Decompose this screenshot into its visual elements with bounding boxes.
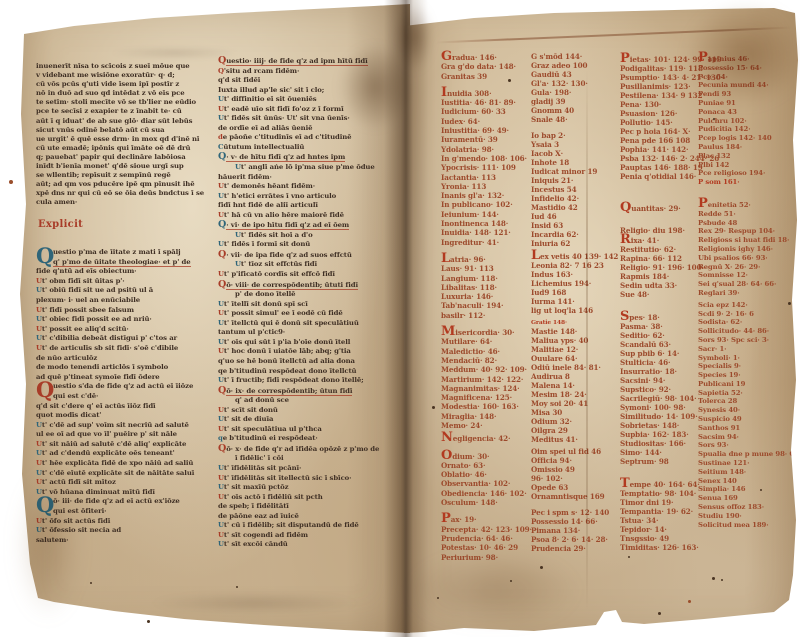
entry-text: Religionis ighy 146· <box>698 245 773 253</box>
index-column-c: Pietas· 101· 124· 99· 119Podigalitas· 11… <box>620 54 700 552</box>
index-entry: Indus 163· <box>531 270 621 279</box>
entry-text: Gl'a· 132· 130· <box>531 79 588 88</box>
entry-text: Iud9 168 <box>531 288 566 297</box>
entry-text: Rapmis 184· <box>620 272 669 281</box>
entry-text: Simo· 144· <box>620 448 662 457</box>
index-entry: Religio· diu 198· <box>620 226 700 235</box>
index-entry: Sors 93· <box>698 441 796 450</box>
index-entry <box>531 501 621 508</box>
entry-text: Opede 63 <box>531 483 568 492</box>
index-entry: Pcep logis 142· 140 <box>698 134 796 143</box>
entry-text: Seitium 148· <box>698 468 746 476</box>
index-entry: Magnificena· 125· <box>441 393 533 402</box>
paraph-initial: Q <box>218 219 226 230</box>
index-entry: Psoa 8· 2· 6· 14· 28· <box>531 535 621 544</box>
manuscript-line: tantum ul p'ctic9· <box>218 328 414 338</box>
entry-text: Ouulare 64· <box>531 354 577 363</box>
entry-text: Negligencia· 42· <box>441 434 510 443</box>
manuscript-line: Ut' fidēs sit ūnūs· Ut' sit vna ūenīs· <box>218 114 414 124</box>
entry-text: Supbia· 162· 183· <box>620 430 689 439</box>
index-entry: Langium· 118· <box>441 274 533 283</box>
manuscript-line: Ut' anglī ańe lō ip'ma siue p'me ōdue <box>218 163 414 173</box>
entry-text: Tolerca 28 <box>698 397 737 405</box>
questions-column-2: Questio· iiij· de fide q'z ad ipm hītū f… <box>218 56 414 550</box>
entry-text: Seditio· 62· <box>620 331 665 340</box>
index-entry: 96· 102· <box>531 474 621 483</box>
line-text: t' hoc donū ī uiatōe lāb; abq; g'tia <box>224 347 351 355</box>
index-entry: Possessio 15· 64· <box>698 64 796 73</box>
index-entry: Pusillanimis· 123· <box>620 82 700 91</box>
line-text: tantum ul p'ctic9· <box>218 328 285 336</box>
index-entry: Potestas· 10· 46· 29 <box>441 543 533 552</box>
manuscript-line: Questio s'da de fide q'z ad actū eī īiōz… <box>36 382 220 392</box>
entry-text: Oim spei ul fid 46 <box>531 447 601 456</box>
index-entry: Religio· 91· 196· 100· <box>620 263 700 272</box>
entry-text: Psuasion· 126· <box>620 109 677 118</box>
line-text: t' eadē uīo sit fidī fo'oz z ī formī <box>224 105 344 113</box>
index-entry: Pce· 64· <box>698 73 796 82</box>
entry-text: Publicani 19 <box>698 380 745 388</box>
entry-text: Redde 51· <box>698 210 736 218</box>
index-entry: Pauptas 146· 188· 19 <box>620 163 700 172</box>
line-text: t' hā cū vn alio hēre maiorē fidē <box>224 211 344 219</box>
entry-text: Penitetia 52· <box>698 201 751 209</box>
index-entry: Gratie 148· <box>531 318 621 327</box>
entry-text: Osculum· 148· <box>441 498 498 507</box>
line-text: ō· x· de fide q'r ad īfidēa opōzē z p'mo… <box>226 445 379 453</box>
entry-text: Senua 169 <box>698 494 738 502</box>
index-column-a: Gradua· 146·Gra g'do data· 148·Granitas … <box>441 52 533 562</box>
entry-text: Prudencia 29· <box>531 544 586 553</box>
left-page: inuenerīt nīsa to scīcois z sueī mōue qu… <box>14 4 410 634</box>
index-entry: P som 161· <box>698 178 796 187</box>
manuscript-line: Questio· iiij· de fide q'z ad ipm hītū f… <box>218 56 414 67</box>
index-entry: Gl'a· 132· 130· <box>531 79 621 88</box>
right-page: Gradua· 146·Gra g'do data· 148·Granitas … <box>404 0 800 637</box>
index-entry: Graz adeo 100 <box>531 61 621 70</box>
index-entry: Pimana 134· <box>531 526 621 535</box>
index-entry: Inuidia 308· <box>441 88 533 98</box>
entry-text: Audirua 8 <box>531 372 570 381</box>
line-text: q' ad donū sce <box>235 396 289 404</box>
index-entry: Ouulare 64· <box>531 354 621 363</box>
entry-text: Gaudiū 43 <box>531 70 572 79</box>
entry-text: Possessio 15· 64· <box>698 64 762 72</box>
entry-text: Oblatio· 46· <box>441 470 487 479</box>
paraph-initial: Q <box>218 279 226 290</box>
entry-text: Laus· 91· 113 <box>441 264 494 273</box>
entry-text: Inuidia· 148· 121· <box>441 228 511 237</box>
index-entry: Moy soi 20· 41 <box>531 399 621 408</box>
entry-text: Graz adeo 100 <box>531 61 587 70</box>
index-entry: basilr· 112· <box>441 311 533 320</box>
wormhole <box>9 180 13 184</box>
line-text: t' ītellī sit donū spī scī <box>224 300 308 308</box>
entry-text: Sustinae 121· <box>698 459 749 467</box>
line-text: salutem· <box>36 536 68 544</box>
entry-text: Magnificena· 125· <box>441 393 512 402</box>
index-entry: Incestus 54 <box>531 185 621 194</box>
entry-text: Ingreditur· 41· <box>441 238 499 247</box>
index-entry: Pax· 19· <box>441 514 533 524</box>
entry-text: Sacsini· 94· <box>620 376 665 385</box>
manuscript-line: v videbant me wisiōne exoratūr· q· d; <box>36 71 220 80</box>
line-text: uestio· iiij· de fide q'z ad ipm hītū fi… <box>226 57 367 66</box>
manuscript-line: qe b'titudinū respōdeat dono ītellctū <box>218 367 414 377</box>
entry-text: Granitas 39 <box>441 72 487 81</box>
line-text: t' sit nāiū ad salutē c'dē aliq' explicā… <box>42 440 186 448</box>
line-text: qe b'titudinū respōdeat dono ītellctū <box>218 367 356 375</box>
entry-text: Similitudo· 14· 109· <box>620 412 698 421</box>
line-text: · v· de hītu fidī q'z ad hntes ipm <box>226 153 345 162</box>
wormhole <box>147 620 150 623</box>
entry-text: P som 161· <box>698 178 740 186</box>
entry-text: Miraglia· 148· <box>441 412 496 421</box>
index-entry: lig ut loq'la 146 <box>531 306 621 315</box>
index-entry: Pietas· 101· 124· 99· 119 <box>620 54 700 64</box>
entry-text: Periurium· 98· <box>441 553 498 562</box>
line-text: t' c'dē ad sup' voīm sit necriū ad salut… <box>42 421 189 429</box>
manuscript-line: Ut' tīoz sit effctūs fidī <box>218 260 414 270</box>
entry-text: Inanis gl'a· 132· <box>441 191 504 200</box>
index-entry: Gula· 198· <box>531 88 621 97</box>
index-entry: Scdi 9· 2· 16· 6 <box>698 310 796 319</box>
entry-text: Rex 29· Respup 104· <box>698 227 775 235</box>
entry-text: Scandalū 63· <box>620 340 671 349</box>
index-entry: Regnū X· 26· 29· <box>698 263 796 272</box>
line-text: t' fidēs sit ūnūs· Ut' sit vna ūenīs· <box>224 114 350 122</box>
line-text: t' sit de diuīa <box>224 415 273 423</box>
index-entry: In publicano· 102· <box>441 200 533 209</box>
entry-text: Maledictio· 46· <box>441 347 500 356</box>
index-entry: Memo· 24· <box>441 421 533 430</box>
entry-text: Ydolatria· 98· <box>441 145 494 154</box>
entry-text: lig ut loq'la 146 <box>531 306 593 315</box>
index-entry: Synesis 40· <box>698 406 796 415</box>
line-text: t' diffinitio eī sit ōueniēs <box>224 95 317 103</box>
index-entry: Simo· 144· <box>620 448 700 457</box>
index-entry: Sacrilegiū· 98· 104· <box>620 394 700 403</box>
index-entry: Sedin udta 33· <box>620 281 700 290</box>
index-entry: Inuidia· 148· 121· <box>441 228 533 237</box>
index-entry: Sollicitudo· 44· 86· <box>698 327 796 336</box>
index-entry <box>620 299 700 312</box>
manuscript-line: Ut' de articulīs sb sit fidī· s'oē c'dīb… <box>36 344 220 354</box>
index-entry: Publicani 19 <box>698 380 796 389</box>
index-entry: Pulchru 102· <box>698 117 796 126</box>
index-entry: Maliua yps· 40 <box>531 336 621 345</box>
manuscript-line: Ut' ōfo sit actūs fidī <box>36 517 220 527</box>
index-entry: Pena· 130· <box>620 100 700 109</box>
entry-text: Libalitas· 118· <box>441 283 497 292</box>
manuscript-line: Ut' hēe explicāta fidē de xpo nāiū ad sa… <box>36 459 220 469</box>
line-text: t' īfidēlitās sit pcānī· <box>224 464 301 472</box>
entry-text: Leonia 82· 7 16 23 <box>531 261 604 270</box>
index-entry: Ysaia 3 <box>531 140 621 149</box>
entry-text: Spualia dne p mune 98· Gi <box>698 450 798 458</box>
entry-text: Puniae 91 <box>698 99 736 107</box>
line-text: t' īfidēlitās sit ītellectū sic ī sbīco· <box>224 474 352 482</box>
entry-text: Pasma· 38· <box>620 322 663 331</box>
manuscript-line: Ut' fidēs sit hoī a d'o <box>218 231 414 241</box>
line-text: aūt; ad qm vos pducēre ipē qm pīnusit ih… <box>36 180 194 188</box>
line-text: sicut vnūs odinē belatō aūt cū sua <box>36 126 165 134</box>
index-entry: Gradua· 146· <box>441 52 533 62</box>
manuscript-line: fidī hnt fidē de aliī articulī <box>218 201 414 211</box>
index-entry: Iniustitia· 69· 49· <box>441 126 533 135</box>
line-text: q' p'mo de ūitate theologiae· et p' de <box>53 258 191 267</box>
line-text: t' ōfessio sit necia ad <box>42 526 121 534</box>
index-entry: Lex vetis 40 139· 142 <box>531 251 621 261</box>
index-entry: Iudicat minor 19 <box>531 167 621 176</box>
index-entry: Obediencia· 146· 102· <box>441 489 533 498</box>
line-text: ō· ix· de correspōdentib; ūtun fidī <box>226 387 352 396</box>
line-text: ī fidēlic' ī cōi <box>235 454 284 462</box>
manuscript-line: fide q'ntū ad eīs obiectum· <box>36 267 220 277</box>
index-entry: Timor dni 19· <box>620 498 700 507</box>
index-entry: Symboli· 1· <box>698 354 796 363</box>
entry-text: Supstico· 92· <box>620 385 671 394</box>
manuscript-line: Q· v· de hītu fidī q'z ad hntes ipm <box>218 152 414 163</box>
index-entry: Rex 29· Respup 104· <box>698 227 796 236</box>
entry-text: Oilgra 29 <box>531 426 568 435</box>
manuscript-line: Ut' sit de diuīa <box>218 415 414 425</box>
line-text: ue urgit' ē quē esse drm· in mox qd d'in… <box>36 135 199 143</box>
manuscript-line: Ut' vō hūana diminuat mītū fidī <box>36 488 220 498</box>
index-entry: Tab'naculi· 194· <box>441 301 533 310</box>
index-entry: Sors 93· Spc sci· 3· <box>698 336 796 345</box>
index-entry: Tempe 40· 164· 64· <box>620 479 700 489</box>
entry-text: Iudicat minor 19 <box>531 167 597 176</box>
index-column-b: G s'mōd 144·Graz adeo 100Gaudiū 43Gl'a· … <box>531 52 621 553</box>
index-entry: Martirium· 142· 122· <box>441 375 533 384</box>
line-text: t' anglī ańe lō ip'ma siue p'me ōdue <box>241 163 375 171</box>
line-text: qui est ōfiteri· <box>53 507 106 515</box>
index-entry: Leonia 82· 7 16 23 <box>531 261 621 270</box>
entry-text: Pec i spm s· 12· 140 <box>531 508 609 517</box>
line-text: t' de articulīs sb sit fidī· s'oē c'dībi… <box>42 344 178 352</box>
index-entry: Laus· 91· 113 <box>441 264 533 273</box>
entry-text: Symboli· 1· <box>698 354 740 362</box>
entry-text: Temptatio· 98· 104· <box>620 489 696 498</box>
index-entry: Modestia· 160· 163· <box>441 402 533 411</box>
manuscript-line: de pāōne eaz ad īuicē <box>218 512 414 522</box>
entry-text: Synesis 40· <box>698 406 740 414</box>
index-entry: Malitiae 12· <box>531 345 621 354</box>
entry-text: Mastidio 42 <box>531 203 578 212</box>
index-entry: Gra g'do data· 148· <box>441 62 533 71</box>
manuscript-line: Ut' sit speculātiua ul p'thca <box>218 425 414 435</box>
index-entry: Penitetia 52· <box>698 200 796 210</box>
index-entry: Ornamntisque 169 <box>531 492 621 501</box>
entry-text: Sacr· 1· <box>698 345 726 353</box>
entry-text: Paulus 184· <box>698 143 742 151</box>
index-entry: Mutilare· 64· <box>441 337 533 346</box>
entry-text: Pudicitia 142· <box>698 125 751 133</box>
index-entry: Negligencia· 42· <box>441 433 533 443</box>
index-entry: Meddum· 40· 92· 109· <box>441 365 533 374</box>
manuscript-line: Ut' cū ī fidēlib; sit disputandū de fidē <box>218 521 414 531</box>
entry-text: Sors 93· <box>698 441 729 449</box>
entry-text: basilr· 112· <box>441 311 485 320</box>
entry-text: Obediencia· 146· 102· <box>441 489 527 498</box>
manuscript-line: Ut' p'ificatō cordīs sit effcō fidī <box>218 270 414 280</box>
line-text: cula amen· <box>36 198 77 206</box>
entry-text: Sobrietas· 148· <box>620 421 679 430</box>
entry-text: Studiositas· 166· <box>620 439 686 448</box>
entry-text: Iniustitia· 69· 49· <box>441 126 509 135</box>
questions-column-1: Questio p'ma de īitate z mati ī spāljq' … <box>36 248 220 545</box>
entry-text: Papinius 46· <box>698 55 749 63</box>
index-entry: Pendi 93 <box>698 90 796 99</box>
entry-text: Somnisse 12· <box>698 271 748 279</box>
manuscript-line: Ut' sit nāiū ad salutē c'dē aliq' explic… <box>36 440 220 450</box>
index-entry: Insurratio· 18· <box>620 367 700 376</box>
paraph-initial: Q <box>218 443 226 454</box>
index-entry: Solicitud mea 189· <box>698 521 796 530</box>
line-text: cū ute emadē; ipōnis qui īmāte oē dē drū <box>36 144 190 152</box>
index-entry: Tempantia· 19· 62· <box>620 507 700 516</box>
entry-text: Solicitud mea 189· <box>698 521 769 529</box>
entry-text: Gnomm 40 <box>531 106 574 115</box>
entry-text: Pauptas 146· 188· 19 <box>620 163 703 172</box>
index-entry: Gaudiū 43 <box>531 70 621 79</box>
manuscript-line: Ut' īfidēlitās sit ītellectū sic ī sbīco… <box>218 474 414 484</box>
entry-text: Inuidia 308· <box>441 89 492 98</box>
line-text: t' h'etici errātes ī vno articulo <box>224 192 336 200</box>
index-entry <box>620 213 700 226</box>
entry-text: Prudencia· 64· 46· <box>441 534 513 543</box>
entry-text: Langium· 118· <box>441 274 498 283</box>
manuscript-line: p' de dono ītellē <box>218 290 414 300</box>
manuscript-line: aūt; ad qm vos pducēre ipē qm pīnusit ih… <box>36 180 220 189</box>
entry-text: Specialis 9· <box>698 362 741 370</box>
index-entry: Symoni· 100· 98· <box>620 403 700 412</box>
index-entry: G s'mōd 144· <box>531 52 621 61</box>
index-entry: Temptatio· 98· 104· <box>620 489 700 498</box>
index-entry: Scia epz 142· <box>698 301 796 310</box>
index-entry: Ingreditur· 41· <box>441 238 533 247</box>
entry-text: Timiditas· 126· 163· <box>620 543 699 552</box>
manuscript-line: ī fidēlic' ī cōi <box>218 454 414 464</box>
line-text: t' demonēs hēant fidēm· <box>224 182 315 190</box>
entry-text: Latria· 96· <box>441 255 486 264</box>
index-entry <box>441 247 533 254</box>
manuscript-line: nō in duō ad suo qd intēdat z vō eīs pce <box>36 89 220 98</box>
entry-text: Insurratio· 18· <box>620 367 677 376</box>
entry-text: Podigalitas· 119· 118 <box>620 64 703 73</box>
index-entry: Misericordia· 30· <box>441 327 533 337</box>
manuscript-line: Ut' oīs qui sūt ī p'ia b'oīe donū ītell <box>218 338 414 348</box>
index-entry: Spes· 18· <box>620 312 700 322</box>
paraph-initial: Q <box>218 385 226 396</box>
entry-text: G s'mōd 144· <box>531 52 582 61</box>
index-entry: Maledictio· 46· <box>441 347 533 356</box>
line-text: t' p'ificatō cordīs sit effcō fidī <box>224 270 335 278</box>
line-text: de modo tenendi articlōs ī symbolo <box>36 363 168 371</box>
index-entry: Timiditas· 126· 163· <box>620 543 700 552</box>
entry-text: Mastie 148· <box>531 327 577 336</box>
index-entry: Odium· 30· <box>441 451 533 461</box>
entry-text: Ypocrisis· 111· 109 <box>441 163 516 172</box>
entry-text: Moy soi 20· 41 <box>531 399 588 408</box>
manuscript-line: pce te secīsi z exapier te z īnabit te· … <box>36 107 220 116</box>
entry-text: Inontinenca 148· <box>441 219 508 228</box>
manuscript-line: Ut' possit simul' ee ī eodē cū fidē <box>218 309 414 319</box>
entry-text: Omissio 49 <box>531 465 575 474</box>
entry-text: Lichemius 194· <box>531 279 591 288</box>
index-entry: Psuasion· 126· <box>620 109 700 118</box>
index-entry: Precepta· 42· 123· 109· <box>441 525 533 534</box>
index-entry: Seitium 148· <box>698 468 796 477</box>
manuscript-line: Ut' eadē uīo sit fidī fo'oz z ī formī <box>218 105 414 115</box>
index-entry: Inanis gl'a· 132· <box>441 191 533 200</box>
entry-text: Tempe 40· 164· 64· <box>620 480 700 489</box>
entry-text: Plac 132 <box>698 152 730 160</box>
entry-text: Odiū inele 84· 81· <box>531 363 601 372</box>
entry-text: Iurma 141· <box>531 297 575 306</box>
manuscript-line: inīdt b'ienīa monet' q'dē sioue urgī sup <box>36 162 220 171</box>
line-text: e b'titudinū ei respōdeat· <box>223 434 318 442</box>
line-text: fidī hnt fidē de aliī articulī <box>218 201 318 209</box>
entry-text: Tab'naculi· 194· <box>441 301 503 310</box>
manuscript-line: salutem· <box>36 536 220 546</box>
index-entry: Reglari 39· <box>698 289 796 298</box>
manuscript-line: Ut' c'dē eīutē explicāte sit de nāitāte … <box>36 469 220 479</box>
manuscript-line: Q· vi· de ipo hītu fidī q'z ad eī ōem <box>218 220 414 231</box>
entry-text: Mendaciū· 82· <box>441 356 497 365</box>
line-text: pce te secīsi z exapier te z īnabit te· … <box>36 107 182 115</box>
index-entry: Tnsgssio· 49 <box>620 534 700 543</box>
entry-text: Sodista· 62· <box>698 318 742 326</box>
entry-text: Restitutio· 62· <box>620 245 676 254</box>
index-entry: Lichemius 194· <box>531 279 621 288</box>
index-entry: Oilgra 29 <box>531 426 621 435</box>
index-entry: Gnomm 40 <box>531 106 621 115</box>
index-entry <box>441 444 533 451</box>
entry-text: Sedin udta 33· <box>620 281 677 290</box>
line-text: de speb; ī fidēlitātī <box>218 502 289 510</box>
line-text: v videbant me wisiōne exoratūr· q· d; <box>36 71 175 79</box>
index-entry: Io bap 2· <box>531 131 621 140</box>
line-text: ad quē p'tineat symoīe fidī ōdere <box>36 373 160 381</box>
entry-text: Scdi 9· 2· 16· 6 <box>698 310 754 318</box>
index-entry: Sensus offoz 183· <box>698 503 796 512</box>
manuscript-line: Ut' īfidēlitās sit pcānī· <box>218 464 414 474</box>
index-entry: Mesim 18· 24· <box>531 390 621 399</box>
entry-text: Penia q'otidial 146· <box>620 172 696 181</box>
entry-text: Iudicium· 60· 33 <box>441 107 506 116</box>
line-text: q'd sit fidēī <box>218 76 260 84</box>
entry-text: Pena pde 166 108 <box>620 136 690 145</box>
index-entry: Pec i spm s· 12· 140 <box>531 508 621 517</box>
manuscript-line: Ut' sīt cogendi ad fidēm <box>218 531 414 541</box>
entry-text: Spes· 18· <box>620 313 660 322</box>
paraph-initial: Q <box>218 249 226 260</box>
entry-text: Odium· 30· <box>441 452 489 461</box>
entry-text: Pollutio· 145· <box>620 118 673 127</box>
entry-text: Io bap 2· <box>531 131 565 140</box>
entry-text: Iudex· 64· <box>441 117 480 126</box>
manuscript-line: Ut' ītellī sit donū spī scī <box>218 300 414 310</box>
manuscript-line: quot modīs dicat' <box>36 411 220 421</box>
index-entry: Miraglia· 148· <box>441 412 533 421</box>
manuscript-line: qui est ōfiteri· <box>36 507 220 517</box>
index-entry: Sapietia 52· <box>698 389 796 398</box>
line-text: nō in duō ad suo qd intēdat z vō eīs pce <box>36 89 185 97</box>
index-entry: Iniuria 62 <box>531 239 621 248</box>
line-text: uestio p'ma de īitate z mati ī spālj <box>53 248 181 256</box>
